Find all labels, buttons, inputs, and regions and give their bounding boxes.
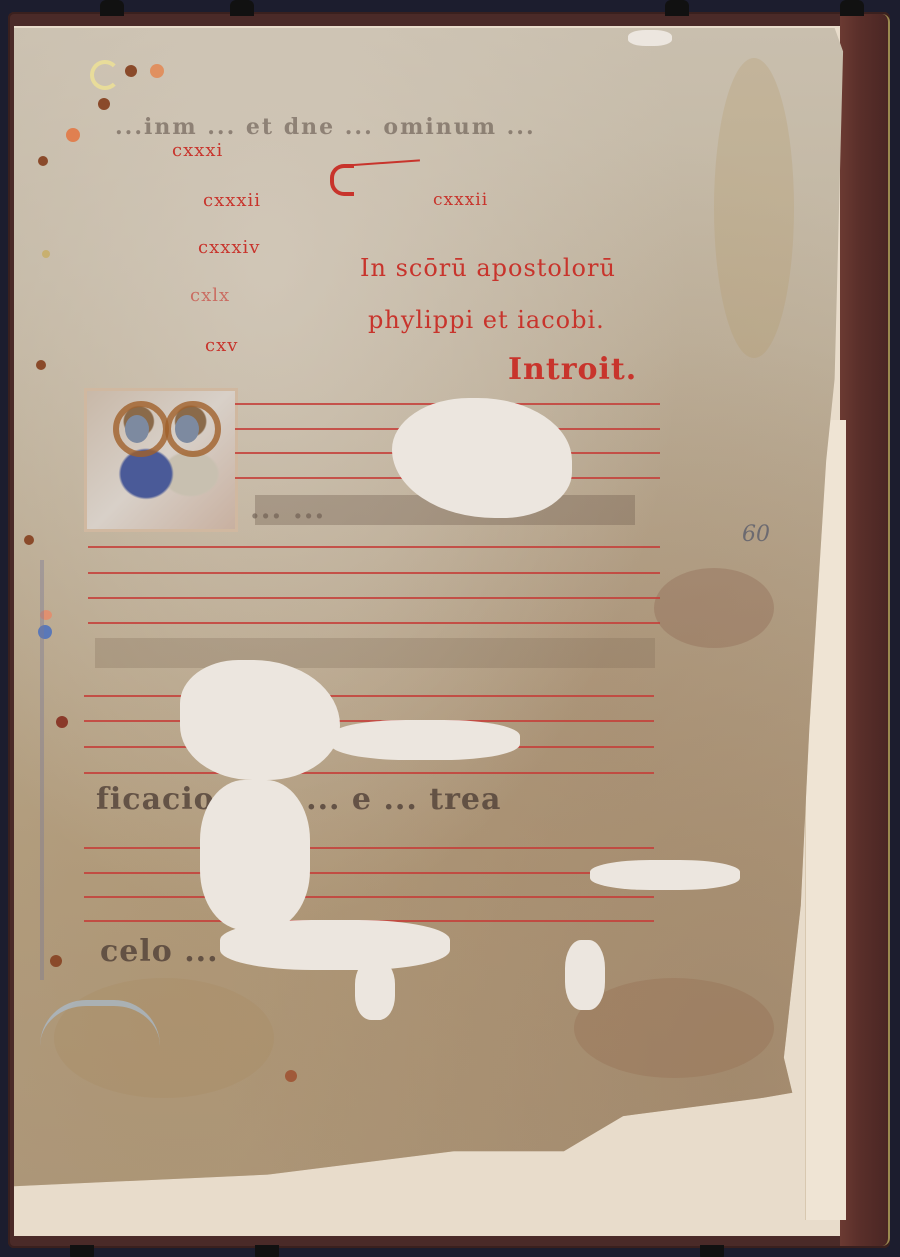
binding-spine-edge — [840, 14, 890, 1246]
clasp-top-2 — [230, 0, 254, 16]
parchment-loss — [565, 940, 605, 1010]
rubric-title-line-1: In scōrū apostolorū — [360, 254, 616, 282]
rubric-numeral: cxxxiv — [198, 237, 260, 258]
parchment-loss — [330, 720, 520, 760]
parchment-loss — [355, 960, 395, 1020]
clasp-top-3 — [665, 0, 689, 16]
rubric-initial-c — [330, 164, 354, 196]
rubric-numeral: cxxxii — [433, 190, 488, 210]
rubric-title-line-2: phylippi et iacobi. — [368, 306, 605, 334]
clasp-bottom-2 — [255, 1245, 279, 1257]
clasp-top-4 — [840, 0, 864, 16]
parchment-loss — [220, 920, 450, 970]
faded-text-line-top: ...inm ... et dne ... ominum ... — [115, 114, 536, 140]
faded-text-block — [95, 638, 655, 668]
parchment-loss — [628, 30, 672, 46]
clasp-top-1 — [100, 0, 124, 16]
rubric-introit: Introit. — [508, 352, 637, 387]
rubric-numeral: cxxxii — [203, 190, 261, 211]
apostle-figure-1 — [125, 415, 149, 443]
historiated-initial — [84, 388, 238, 532]
text-line-bottom: celo ... — [100, 934, 219, 969]
folio-number: 60 — [742, 522, 770, 547]
rubric-numeral: cxlx — [190, 285, 230, 306]
rubric-numeral: cxv — [205, 335, 238, 356]
rubric-numeral: cxxxi — [172, 140, 223, 161]
clasp-bottom-3 — [700, 1245, 724, 1257]
apostle-figure-2 — [175, 415, 199, 443]
clasp-bottom-1 — [70, 1245, 94, 1257]
parchment-loss — [200, 780, 310, 930]
parchment-loss — [590, 860, 740, 890]
